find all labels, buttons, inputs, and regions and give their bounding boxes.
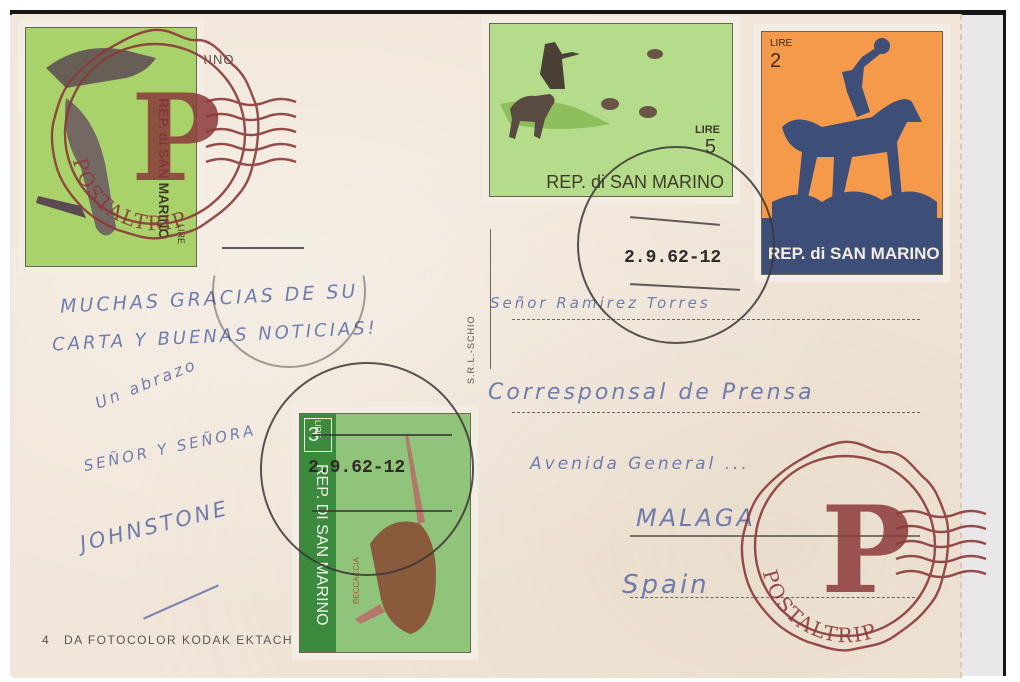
message-line-5: JOHNSTONE — [77, 496, 231, 556]
postcard: RINO S.R.L.-SCHIO 4 DA FOTOCOLOR KODAK E… — [12, 14, 962, 678]
printer-credit: S.R.L.-SCHIO — [466, 315, 476, 384]
caption-number: 4 — [42, 633, 50, 647]
address-line-text-2: Corresponsal de Prensa — [488, 380, 815, 405]
postmark-center-bar-2 — [312, 510, 452, 512]
stamp-horseman-country: REP. di SAN MARINO — [768, 244, 940, 264]
message-line-4: SEÑOR Y SEÑORA — [82, 421, 258, 475]
postmark-center-date: 2.9.62-12 — [308, 458, 405, 478]
stamp-horseman-currency: LIRE — [770, 38, 792, 49]
horseman-illustration — [762, 32, 942, 274]
postaltrip-watermark-bottom-right: P POSTALTRIP — [718, 432, 998, 672]
stamp-hunter-currency: LIRE — [695, 124, 720, 136]
stamp-horseman-value: 2 — [770, 50, 781, 73]
message-line-3: Un abrazo — [92, 354, 200, 412]
watermark-letter-2: P — [821, 480, 911, 621]
postmark-top-right — [577, 146, 775, 344]
postmark-top-right-date: 2.9.62-12 — [624, 248, 721, 268]
address-line-text-3: Avenida General ... — [530, 454, 750, 474]
address-line-2 — [512, 412, 920, 413]
watermark-letter: P — [131, 68, 221, 209]
stamp-horseman: LIRE 2 REP. di SAN MARINO — [754, 24, 950, 282]
signature-underline — [143, 584, 219, 619]
address-line-text-5: Spain — [622, 570, 710, 600]
postaltrip-watermark-top-left: P POSTALTRIP — [28, 20, 308, 260]
postmark-center-bar-1 — [312, 434, 452, 436]
